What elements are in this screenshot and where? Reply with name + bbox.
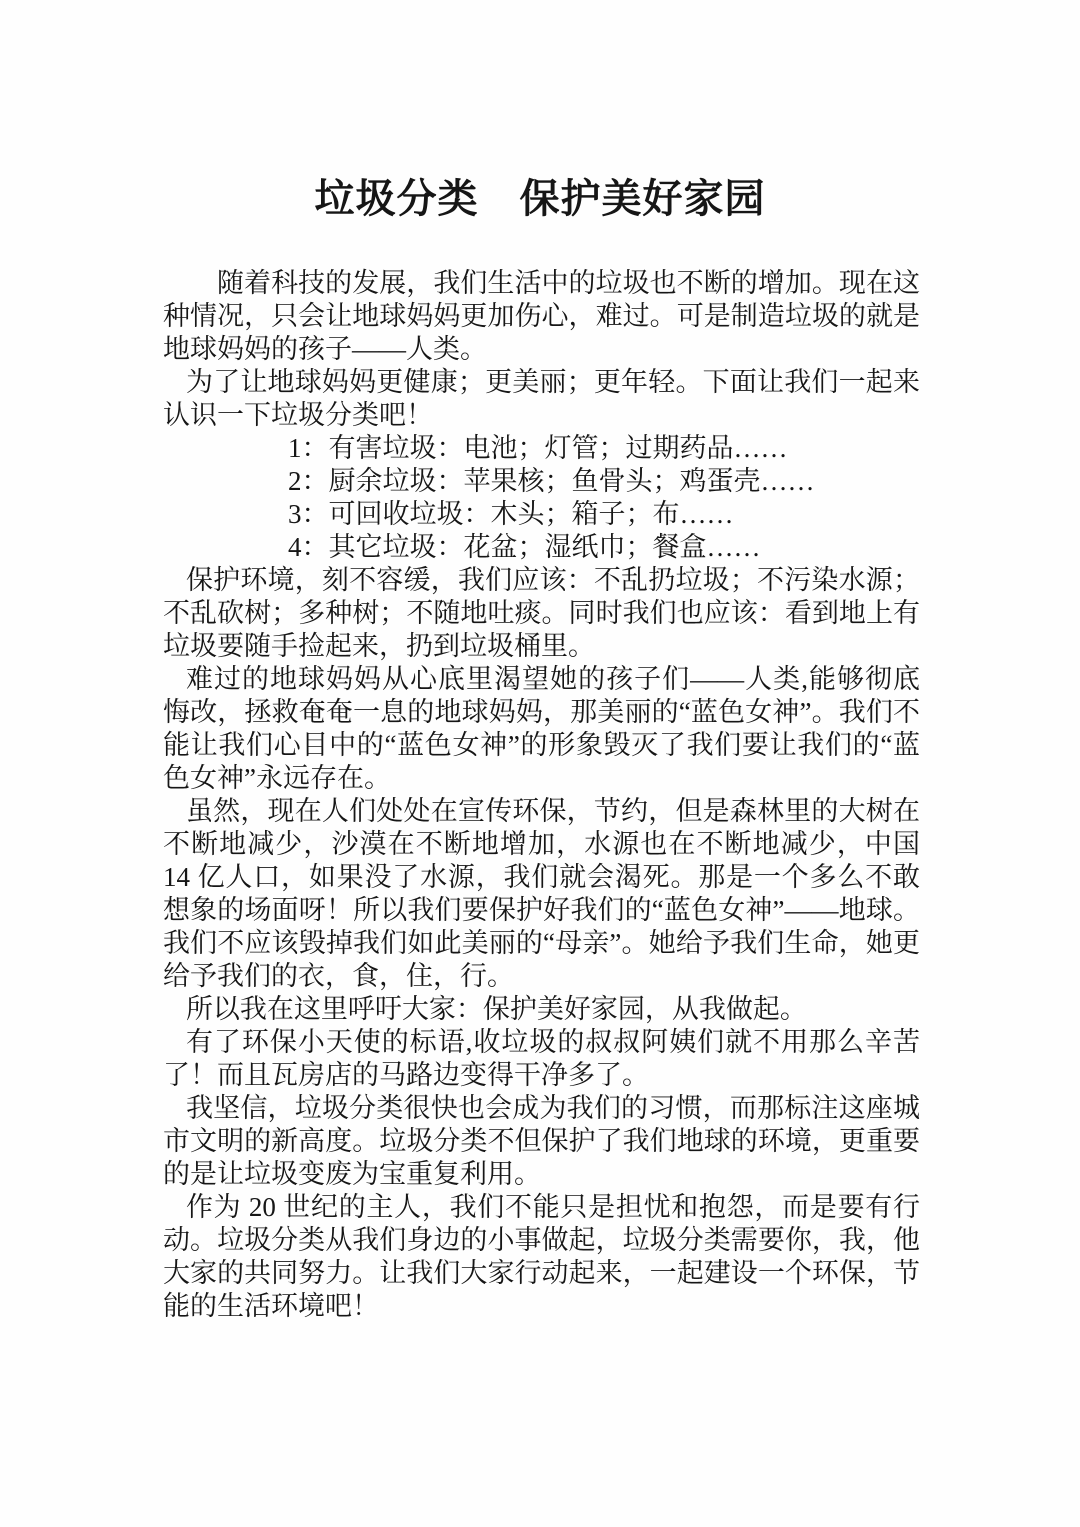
list-item-recyclable: 3：可回收垃圾：木头；箱子；布…… xyxy=(288,498,920,531)
paragraph-protect-environment: 保护环境，刻不容缓，我们应该：不乱扔垃圾；不污染水源；不乱砍树；多种树；不随地吐… xyxy=(163,564,920,663)
paragraph-intro: 随着科技的发展，我们生活中的垃圾也不断的增加。现在这种情况，只会让地球妈妈更加伤… xyxy=(163,267,920,366)
paragraph-blue-goddess: 虽然，现在人们处处在宣传环保，节约，但是森林里的大树在不断地减少，沙漠在不断地增… xyxy=(163,795,920,993)
document-body: 随着科技的发展，我们生活中的垃圾也不断的增加。现在这种情况，只会让地球妈妈更加伤… xyxy=(163,267,920,1323)
paragraph-earth-mother: 难过的地球妈妈从心底里渴望她的孩子们——人类,能够彻底悔改，拯救奄奄一息的地球妈… xyxy=(163,663,920,795)
list-item-other: 4：其它垃圾：花盆；湿纸巾；餐盒…… xyxy=(288,531,920,564)
list-item-kitchen: 2：厨余垃圾：苹果核；鱼骨头；鸡蛋壳…… xyxy=(288,465,920,498)
paragraph-lead-in: 为了让地球妈妈更健康；更美丽；更年轻。下面让我们一起来认识一下垃圾分类吧！ xyxy=(163,366,920,432)
paragraph-angel-slogan: 有了环保小天使的标语,收垃圾的叔叔阿姨们就不用那么辛苦了！而且瓦房店的马路边变得… xyxy=(163,1026,920,1092)
paragraph-conclusion: 作为 20 世纪的主人，我们不能只是担忧和抱怨，而是要有行动。垃圾分类从我们身边… xyxy=(163,1191,920,1323)
document-page: 垃圾分类 保护美好家园 随着科技的发展，我们生活中的垃圾也不断的增加。现在这种情… xyxy=(0,0,1080,1527)
garbage-category-list: 1：有害垃圾：电池；灯管；过期药品…… 2：厨余垃圾：苹果核；鱼骨头；鸡蛋壳……… xyxy=(163,432,920,564)
paragraph-appeal: 所以我在这里呼吁大家：保护美好家园，从我做起。 xyxy=(163,993,920,1026)
list-item-hazardous: 1：有害垃圾：电池；灯管；过期药品…… xyxy=(288,432,920,465)
paragraph-belief: 我坚信，垃圾分类很快也会成为我们的习惯，而那标注这座城市文明的新高度。垃圾分类不… xyxy=(163,1092,920,1191)
document-title: 垃圾分类 保护美好家园 xyxy=(0,176,1080,222)
